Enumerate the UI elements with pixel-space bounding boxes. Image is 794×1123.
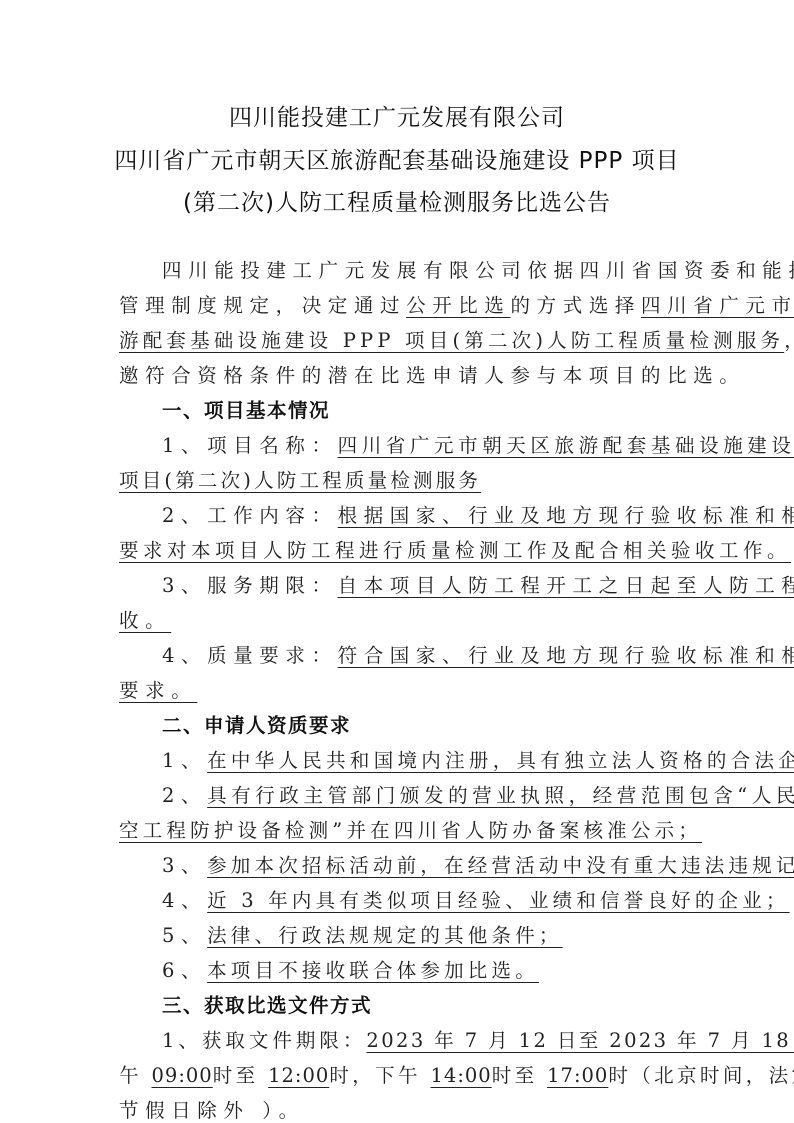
s2-item-3: 3、参加本次招标活动前，在经营活动中没有重大违法违规记录； [119, 848, 679, 883]
title-notice: (第二次)人防工程质量检测服务比选公告 [0, 188, 794, 218]
title-project: 四川省广元市朝天区旅游配套基础设施建设 PPP 项目 [0, 146, 794, 176]
s2-item-1: 1、在中华人民共和国境内注册，具有独立法人资格的合法企业； [119, 743, 679, 778]
item-value: 法律、行政法规规定的其他条件； [207, 924, 563, 947]
item-value: 近 3 年内具有类似项目经验、业绩和信誉良好的企业； [207, 889, 790, 912]
item-text: 时，下午 [329, 1064, 430, 1087]
item-value: 自本项目人防工程开工之日起至人防工程竣工验 [338, 574, 794, 597]
item-value: 本项目不接收联合体参加比选。 [207, 959, 539, 982]
intro-text: 的方式选择 [511, 294, 642, 317]
item-number: 6、 [162, 959, 207, 982]
time-value: 12:00 [268, 1064, 329, 1087]
intro-text: ，现诚 [784, 329, 794, 352]
date-range: 2023 年 7 月 12 日至 2023 年 7 月 18 日， [366, 1029, 794, 1052]
item-number: 3、 [162, 854, 207, 877]
s3-item-1-line-2: 午 09:00时至 12:00时，下午 14:00时至 17:00时（北京时间，… [119, 1058, 679, 1093]
item-text: 时至 [213, 1064, 268, 1087]
time-value: 14:00 [431, 1064, 492, 1087]
item-label: 1、获取文件期限： [162, 1029, 366, 1052]
s1-item-4-line-1: 4、质量要求：符合国家、行业及地方现行验收标准和相关规范 [119, 638, 679, 673]
section-heading-3: 三、获取比选文件方式 [119, 988, 679, 1023]
item-value: 根据国家、行业及地方现行验收标准和相关规范 [338, 504, 794, 527]
s3-item-1-line-1: 1、获取文件期限：2023 年 7 月 12 日至 2023 年 7 月 18 … [119, 1023, 679, 1058]
item-value: 要求。 [119, 679, 197, 702]
selection-method: 公开比选 [406, 294, 510, 317]
project-name-part: 四川省广元市朝天区旅 [641, 294, 794, 317]
item-value: 空工程防护设备检测”并在四川省人防办备案核准公示； [119, 819, 702, 842]
s3-item-1-line-3: 节假日除外 ）。 [119, 1093, 679, 1123]
item-text: 时（北京时间，法定 [608, 1064, 794, 1087]
item-value: 项目(第二次)人防工程质量检测服务 [119, 469, 481, 492]
s1-item-1-line-1: 1、项目名称：四川省广元市朝天区旅游配套基础设施建设 PPP [119, 428, 679, 463]
s1-item-3-line-1: 3、服务期限：自本项目人防工程开工之日起至人防工程竣工验 [119, 568, 679, 603]
intro-line-1: 四川能投建工广元发展有限公司依据四川省国资委和能投集团 [119, 253, 679, 288]
s1-item-2-line-2: 要求对本项目人防工程进行质量检测工作及配合相关验收工作。 [119, 533, 679, 568]
s2-item-2-line-1: 2、具有行政主管部门颁发的营业执照，经营范围包含“人民防 [119, 778, 679, 813]
document-body: 四川能投建工广元发展有限公司依据四川省国资委和能投集团 管理制度规定，决定通过公… [119, 253, 679, 1123]
project-name-part: 游配套基础设施建设 PPP 项目(第二次)人防工程质量检测服务 [119, 329, 784, 352]
intro-text: 管理制度规定，决定通过 [119, 294, 406, 317]
item-number: 4、 [162, 889, 207, 912]
item-label: 1、项目名称： [162, 434, 338, 457]
section-heading-1: 一、项目基本情况 [119, 393, 679, 428]
s2-item-5: 5、法律、行政法规规定的其他条件； [119, 918, 679, 953]
item-text: 午 [119, 1064, 152, 1087]
intro-line-2: 管理制度规定，决定通过公开比选的方式选择四川省广元市朝天区旅 [119, 288, 679, 323]
s2-item-2-line-2: 空工程防护设备检测”并在四川省人防办备案核准公示； [119, 813, 679, 848]
title-company: 四川能投建工广元发展有限公司 [0, 103, 794, 133]
item-label: 2、工作内容： [162, 504, 338, 527]
item-value: 在中华人民共和国境内注册，具有独立法人资格的合法企业； [207, 749, 794, 772]
s1-item-3-line-2: 收。 [119, 603, 679, 638]
intro-line-3: 游配套基础设施建设 PPP 项目(第二次)人防工程质量检测服务，现诚 [119, 323, 679, 358]
item-value: 具有行政主管部门颁发的营业执照，经营范围包含“人民防 [207, 784, 794, 807]
item-value: 四川省广元市朝天区旅游配套基础设施建设 PPP [338, 434, 794, 457]
time-value: 09:00 [152, 1064, 213, 1087]
item-number: 5、 [162, 924, 207, 947]
s1-item-4-line-2: 要求。 [119, 673, 679, 708]
s2-item-6: 6、本项目不接收联合体参加比选。 [119, 953, 679, 988]
item-text: 时至 [492, 1064, 547, 1087]
item-value: 收。 [119, 609, 171, 632]
item-number: 1、 [162, 749, 207, 772]
item-number: 2、 [162, 784, 207, 807]
section-heading-2: 二、申请人资质要求 [119, 708, 679, 743]
time-value: 17:00 [547, 1064, 608, 1087]
item-value: 要求对本项目人防工程进行质量检测工作及配合相关验收工作。 [119, 539, 791, 562]
item-value: 参加本次招标活动前，在经营活动中没有重大违法违规记录； [207, 854, 794, 877]
s2-item-4: 4、近 3 年内具有类似项目经验、业绩和信誉良好的企业； [119, 883, 679, 918]
document-page: 四川能投建工广元发展有限公司 四川省广元市朝天区旅游配套基础设施建设 PPP 项… [0, 0, 794, 1123]
item-label: 4、质量要求： [162, 644, 338, 667]
item-label: 3、服务期限： [162, 574, 338, 597]
s1-item-2-line-1: 2、工作内容：根据国家、行业及地方现行验收标准和相关规范 [119, 498, 679, 533]
item-value: 符合国家、行业及地方现行验收标准和相关规范 [338, 644, 794, 667]
s1-item-1-line-2: 项目(第二次)人防工程质量检测服务 [119, 463, 679, 498]
intro-line-4: 邀符合资格条件的潜在比选申请人参与本项目的比选。 [119, 358, 679, 393]
